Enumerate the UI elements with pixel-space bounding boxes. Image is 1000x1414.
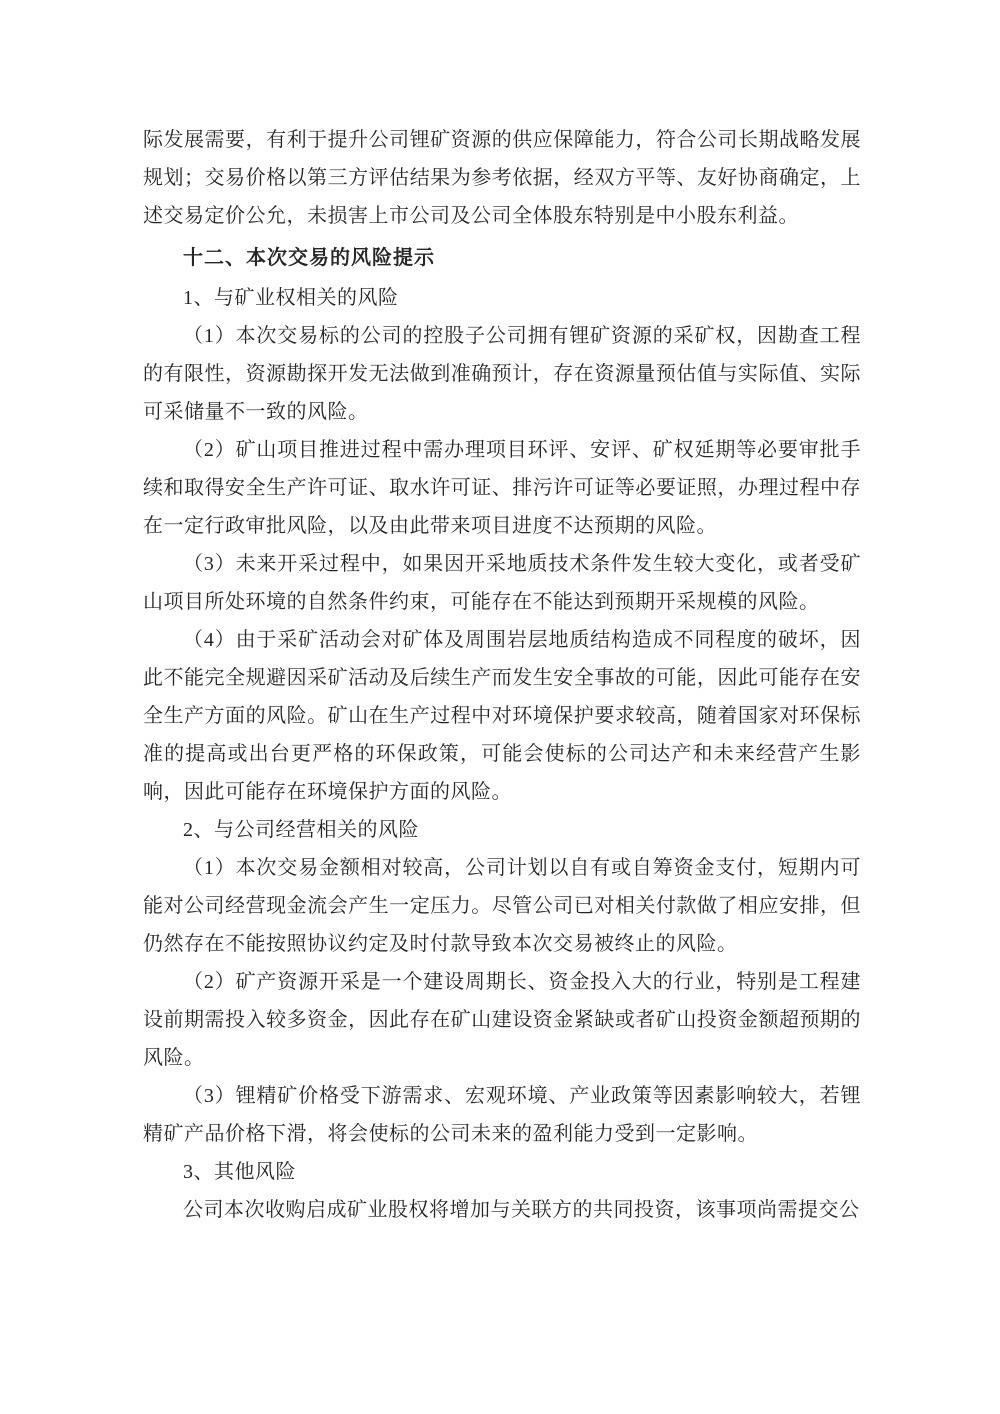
paragraph-operation-risk-3: （3）锂精矿价格受下游需求、宏观环境、产业政策等因素影响较大，若锂精矿产品价格下… <box>143 1077 861 1153</box>
document-text-block: 际发展需要，有利于提升公司锂矿资源的供应保障能力，符合公司长期战略发展规划；交易… <box>143 121 861 1229</box>
paragraph-mining-right-1: （1）本次交易标的公司的控股子公司拥有锂矿资源的采矿权，因勘查工程的有限性，资源… <box>143 317 861 431</box>
paragraph-operation-risk-1: （1）本次交易金额相对较高，公司计划以自有或自筹资金支付，短期内可能对公司经营现… <box>143 849 861 963</box>
document-page: 际发展需要，有利于提升公司锂矿资源的供应保障能力，符合公司长期战略发展规划；交易… <box>0 0 1000 1414</box>
subsection-heading-3: 3、其他风险 <box>143 1153 861 1191</box>
subsection-heading-1: 1、与矿业权相关的风险 <box>143 279 861 317</box>
paragraph-mining-right-2: （2）矿山项目推进过程中需办理项目环评、安评、矿权延期等必要审批手续和取得安全生… <box>143 431 861 545</box>
section-heading: 十二、本次交易的风险提示 <box>143 239 861 277</box>
paragraph-mining-right-4: （4）由于采矿活动会对矿体及周围岩层地质结构造成不同程度的破坏，因此不能完全规避… <box>143 621 861 811</box>
paragraph-continuation: 际发展需要，有利于提升公司锂矿资源的供应保障能力，符合公司长期战略发展规划；交易… <box>143 121 861 235</box>
paragraph-mining-right-3: （3）未来开采过程中，如果因开采地质技术条件发生较大变化，或者受矿山项目所处环境… <box>143 545 861 621</box>
paragraph-operation-risk-2: （2）矿产资源开采是一个建设周期长、资金投入大的行业，特别是工程建设前期需投入较… <box>143 963 861 1077</box>
paragraph-other-risk: 公司本次收购启成矿业股权将增加与关联方的共同投资，该事项尚需提交公 <box>143 1191 861 1229</box>
subsection-heading-2: 2、与公司经营相关的风险 <box>143 811 861 849</box>
